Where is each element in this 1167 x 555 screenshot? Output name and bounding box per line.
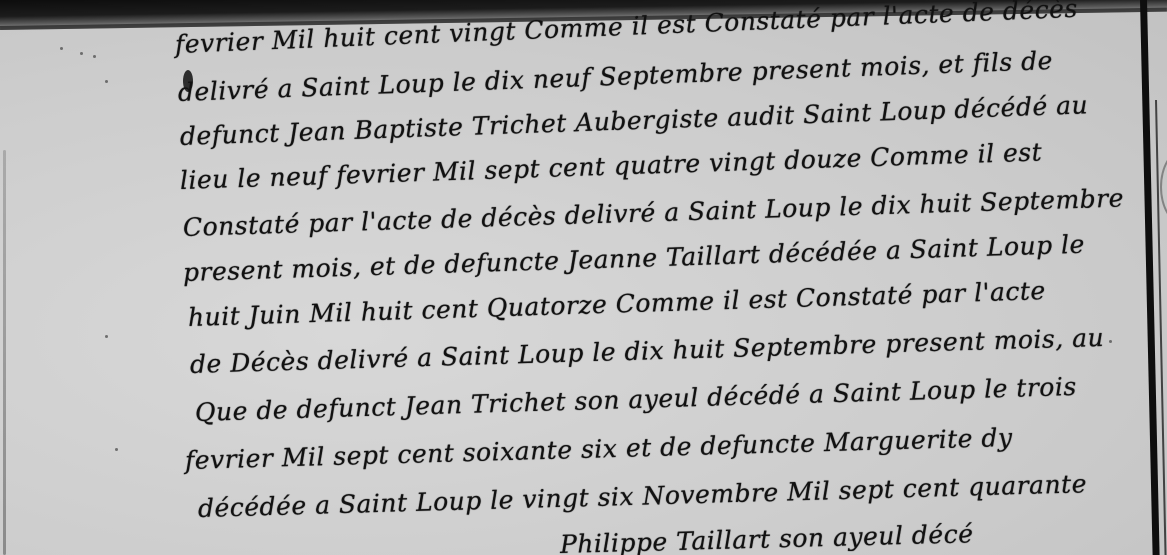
document-line-7: huit Juin Mil huit cent Quatorze Comme i… [188,276,1047,332]
margin-rule-line [1140,0,1160,555]
scanned-document-page: fevrier Mil huit cent vingt Comme il est… [0,0,1167,555]
document-line-12: Philippe Taillart son ayeul décé [560,519,974,555]
paper-speck [115,448,118,451]
paper-speck [105,80,108,83]
paper-speck [80,52,83,55]
paper-speck [93,55,96,58]
document-line-11: décédée a Saint Loup le vingt six Novemb… [198,469,1088,523]
paper-speck [60,47,63,50]
page-left-edge [3,150,6,555]
document-line-9: Que de defunct Jean Trichet son ayeul dé… [195,372,1078,427]
document-line-8: de Décès delivré a Saint Loup le dix hui… [190,323,1105,379]
margin-ink-arc [1160,150,1167,224]
paper-speck [1109,340,1112,343]
paper-speck [105,335,108,338]
document-line-10: fevrier Mil sept cent soixante six et de… [185,423,1013,475]
